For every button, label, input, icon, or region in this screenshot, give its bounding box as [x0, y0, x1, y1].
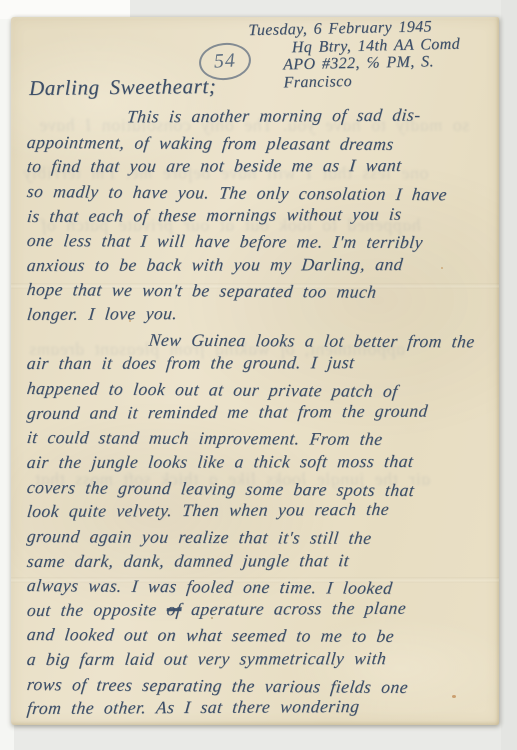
- letter-line: anxious to be back with you my Darling, …: [26, 252, 491, 278]
- letter-line: ground again you realize that it's still…: [26, 524, 490, 551]
- letter-line-with-strikeout: out the opposite of aperature across the…: [26, 595, 491, 622]
- letter-line: ground and it reminded me that from the …: [26, 398, 491, 425]
- salutation: Darling Sweetheart;: [29, 74, 217, 101]
- letter-line: from the other. As I sat there wondering: [26, 694, 491, 721]
- letter-line: air the jungle looks like a thick soft m…: [26, 449, 491, 475]
- letter-line: to find that you are not beside me as I …: [26, 153, 491, 179]
- strike-line-post: aperature across the plane: [180, 597, 407, 618]
- scan-background-right: [501, 0, 517, 750]
- scanned-letter-page: so madly to have you. The only consolati…: [0, 0, 517, 750]
- letter-line: longer. I love you.: [26, 299, 491, 326]
- strike-line-pre: out the opposite: [26, 599, 168, 620]
- letter-paper: so madly to have you. The only consolati…: [11, 17, 499, 725]
- letter-body: This is another morning of sad dis- appo…: [27, 105, 489, 721]
- letter-line: This is another morning of sad dis-: [26, 102, 491, 129]
- letter-line: a big farm laid out very symmetrically w…: [26, 646, 491, 672]
- heading-address-line: APO #322, ℅ PM, S. Francisco: [283, 52, 500, 92]
- letter-line: same dark, dank, damned jungle that it: [26, 547, 491, 573]
- letter-line: air than it does from the ground. I just: [26, 350, 491, 376]
- letter-line: look quite velvety. Then when you reach …: [26, 496, 491, 523]
- letter-line: is that each of these mornings without y…: [26, 201, 491, 228]
